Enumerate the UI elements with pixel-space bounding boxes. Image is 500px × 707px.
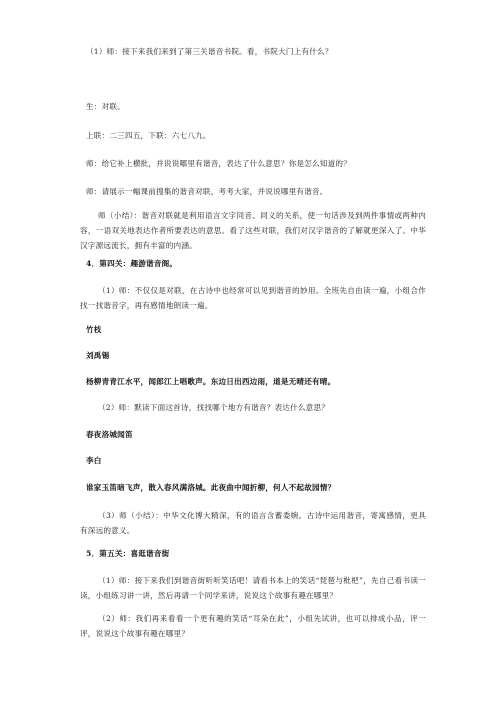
section5-heading: 5．第五关：喜逛谐音街 (86, 546, 426, 562)
poem1-author: 刘禹锡 (86, 348, 426, 364)
section3-summary: 师（小结）：谐音对联就是利用语言文字同音、同义的关系，使一句话涉及到两件事情或两… (80, 208, 426, 253)
section4-heading: 4．第四关：趣游谐音阁。 (86, 256, 426, 272)
section4-question-2: （2）师：默读下面这首诗，找找哪个地方有谐音？表达什么意思？ (98, 400, 438, 416)
poem2-text: 谁家玉笛暗飞声，散入春风满洛城。此夜曲中闻折柳，何人不起故园情？ (86, 480, 426, 496)
couplet-text: 上联：二三四五，下联：六七八九。 (86, 128, 426, 144)
poem2-title: 春夜洛城闻笛 (86, 427, 426, 443)
poem2-author: 李白 (86, 453, 426, 469)
section4-question-1: （1）师：不仅仅是对联，在古诗中也经常可以见到谐音的妙用。全班先自由读一遍，小组… (80, 283, 426, 313)
section4-question-3: （3）师（小结）：中华文化博大精深，有的语言含蓄委婉。古诗中运用谐音，寄寓感情，… (80, 508, 426, 538)
student-answer: 生：对联。 (86, 99, 426, 115)
section5-question-1: （1）师：接下来我们到谐音街听听笑话吧！请看书本上的笑话“琵琶与枇杷”，先自己看… (80, 573, 426, 603)
section5-question-2: （2）师：我们再来看看一个更有趣的笑话“耳朵在此”，小组先试讲，也可以排成小品，… (80, 611, 426, 641)
poem1-text: 杨柳青青江水平，闻郎江上唱歌声。东边日出西边雨，道是无晴还有晴。 (86, 374, 426, 390)
teacher-show-couplet: 师：请展示一幅课前搜集的谐音对联，考考大家，并说说哪里有谐音。 (86, 184, 426, 200)
document-page: （1）师：接下来我们来到了第三关谐音书院。看，书院大门上有什么？ 生：对联。 上… (0, 0, 500, 707)
poem1-title: 竹枝 (86, 322, 426, 338)
section3-question-1: （1）师：接下来我们来到了第三关谐音书院。看，书院大门上有什么？ (86, 44, 426, 60)
teacher-question: 师：给它补上横批，并说说哪里有谐音，表达了什么意思？你是怎么知道的？ (86, 156, 426, 172)
